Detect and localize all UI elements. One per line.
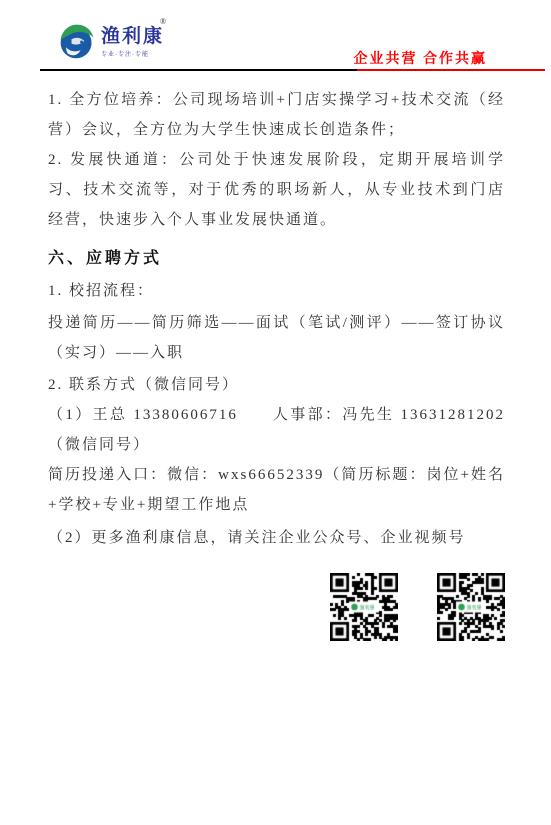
company-logo: ® 渔利康 专业·专注·专能 — [57, 21, 164, 61]
document-body: 1. 全方位培养：公司现场培训+门店实操学习+技术交流（经营）会议，全方位为大学… — [48, 85, 505, 641]
brand-name: 渔利康 — [101, 27, 164, 47]
paragraph-fast-track: 2. 发展快通道：公司处于快速发展阶段，定期开展培训学习、技术交流等，对于优秀的… — [48, 145, 505, 235]
yulikang-logo-icon — [57, 21, 97, 61]
brand-tagline: 专业·专注·专能 — [101, 49, 164, 58]
contact-phone-line: （1）王总 13380606716 人事部：冯先生 13631281202（微信… — [48, 400, 505, 460]
qr-official-account-code — [330, 573, 398, 641]
section-heading-apply-method: 六、应聘方式 — [48, 244, 505, 274]
follow-accounts-line: （2）更多渔利康信息，请关注企业公众号、企业视频号 — [48, 523, 505, 553]
recruit-process-label: 1. 校招流程： — [48, 276, 505, 306]
recruit-process-flow: 投递简历——简历筛选——面试（笔试/测评）——签订协议（实习）——入职 — [48, 308, 505, 368]
contact-label: 2. 联系方式（微信同号） — [48, 370, 505, 400]
qr-video-account-code — [437, 573, 505, 641]
page-header: ® 渔利康 专业·专注·专能 企业共营 合作共赢 — [0, 0, 551, 71]
company-slogan: 企业共营 合作共赢 — [354, 48, 488, 68]
paragraph-training: 1. 全方位培养：公司现场培训+门店实操学习+技术交流（经营）会议，全方位为大学… — [48, 85, 505, 145]
header-divider — [40, 69, 545, 71]
logo-text: ® 渔利康 专业·专注·专能 — [101, 21, 164, 58]
document-page: ® 渔利康 专业·专注·专能 企业共营 合作共赢 1. 全方位培养：公司现场培训… — [0, 0, 551, 825]
resume-entry-line: 简历投递入口：微信：wxs66652339（简历标题：岗位+姓名+学校+专业+期… — [48, 460, 505, 520]
qr-code-row — [330, 573, 505, 641]
registered-trademark-icon: ® — [160, 17, 166, 26]
